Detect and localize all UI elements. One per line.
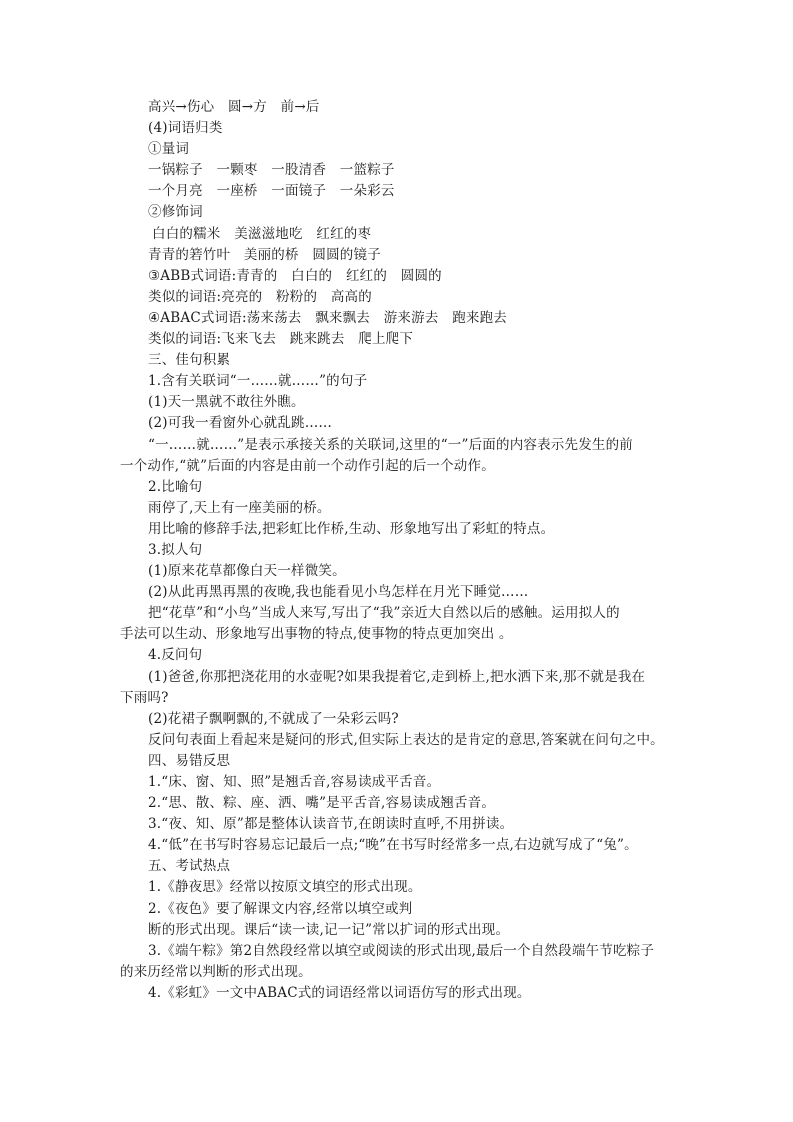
- text-line: 反问句表面上看起来是疑问的形式,但实际上表达的是肯定的意思,答案就在问句之中。: [120, 730, 685, 751]
- text-line: (2)花裙子飘啊飘的,不就成了一朵彩云吗?: [120, 709, 685, 730]
- text-line: (1)天一黑就不敢往外瞧。: [120, 392, 685, 413]
- text-line: ②修饰词: [120, 202, 685, 223]
- text-line: ①量词: [120, 139, 685, 160]
- text-line: 4.反问句: [120, 645, 685, 666]
- text-line: 类似的词语:飞来飞去 跳来跳去 爬上爬下: [120, 329, 685, 350]
- text-line: 一个月亮 一座桥 一面镜子 一朵彩云: [120, 181, 685, 202]
- text-line: 3.“夜、知、原”都是整体认读音节,在朗读时直呼,不用拼读。: [120, 814, 685, 835]
- text-line: 3.《端午粽》第2自然段经常以填空或阅读的形式出现,最后一个自然段端午节吃粽子: [120, 941, 685, 962]
- text-line: 白白的糯米 美滋滋地吃 红红的枣: [120, 224, 685, 245]
- text-line: 的来历经常以判断的形式出现。: [120, 962, 685, 983]
- text-line: 断的形式出现。课后“读一读,记一记”常以扩词的形式出现。: [120, 920, 685, 941]
- text-line: 2.“思、散、粽、座、洒、嘴”是平舌音,容易读成翘舌音。: [120, 793, 685, 814]
- text-line: 把“花草”和“小鸟”当成人来写,写出了“我”亲近大自然以后的感触。运用拟人的: [120, 603, 685, 624]
- text-line: 一锅粽子 一颗枣 一股清香 一篮粽子: [120, 160, 685, 181]
- text-line: 类似的词语:亮亮的 粉粉的 高高的: [120, 287, 685, 308]
- document-page: 高兴→伤心 圆→方 前→后(4)词语归类①量词一锅粽子 一颗枣 一股清香 一篮粽…: [120, 97, 685, 1004]
- text-line: (2)从此再黑再黑的夜晚,我也能看见小鸟怎样在月光下睡觉……: [120, 582, 685, 603]
- text-line: 五、考试热点: [120, 856, 685, 877]
- text-line: 2.比喻句: [120, 477, 685, 498]
- text-line: 手法可以生动、形象地写出事物的特点,使事物的特点更加突出 。: [120, 624, 685, 645]
- text-line: 四、易错反思: [120, 751, 685, 772]
- text-line: 4.《彩虹》一文中ABAC式的词语经常以词语仿写的形式出现。: [120, 983, 685, 1004]
- text-line: 1.《静夜思》经常以按原文填空的形式出现。: [120, 877, 685, 898]
- text-line: (4)词语归类: [120, 118, 685, 139]
- text-line: 2.《夜色》要了解课文内容,经常以填空或判: [120, 899, 685, 920]
- text-line: 1.“床、窗、知、照”是翘舌音,容易读成平舌音。: [120, 772, 685, 793]
- text-line: 雨停了,天上有一座美丽的桥。: [120, 498, 685, 519]
- text-line: 4.“低”在书写时容易忘记最后一点;“晚”在书写时经常多一点,右边就写成了“兔”…: [120, 835, 685, 856]
- text-line: ③ABB式词语:青青的 白白的 红红的 圆圆的: [120, 266, 685, 287]
- text-line: “一……就……”是表示承接关系的关联词,这里的“一”后面的内容表示先发生的前: [120, 435, 685, 456]
- text-line: 3.拟人句: [120, 540, 685, 561]
- text-line: 三、佳句积累: [120, 350, 685, 371]
- text-line: (1)爸爸,你那把浇花用的水壶呢?如果我提着它,走到桥上,把水洒下来,那不就是我…: [120, 667, 685, 688]
- text-line: 用比喻的修辞手法,把彩虹比作桥,生动、形象地写出了彩虹的特点。: [120, 519, 685, 540]
- text-line: 一个动作,“就”后面的内容是由前一个动作引起的后一个动作。: [120, 456, 685, 477]
- text-line: 1.含有关联词“一……就……”的句子: [120, 371, 685, 392]
- text-line: 下雨吗?: [120, 688, 685, 709]
- text-line: 高兴→伤心 圆→方 前→后: [120, 97, 685, 118]
- text-line: 青青的箬竹叶 美丽的桥 圆圆的镜子: [120, 245, 685, 266]
- text-line: (2)可我一看窗外心就乱跳……: [120, 413, 685, 434]
- text-line: ④ABAC式词语:荡来荡去 飘来飘去 游来游去 跑来跑去: [120, 308, 685, 329]
- text-line: (1)原来花草都像白天一样微笑。: [120, 561, 685, 582]
